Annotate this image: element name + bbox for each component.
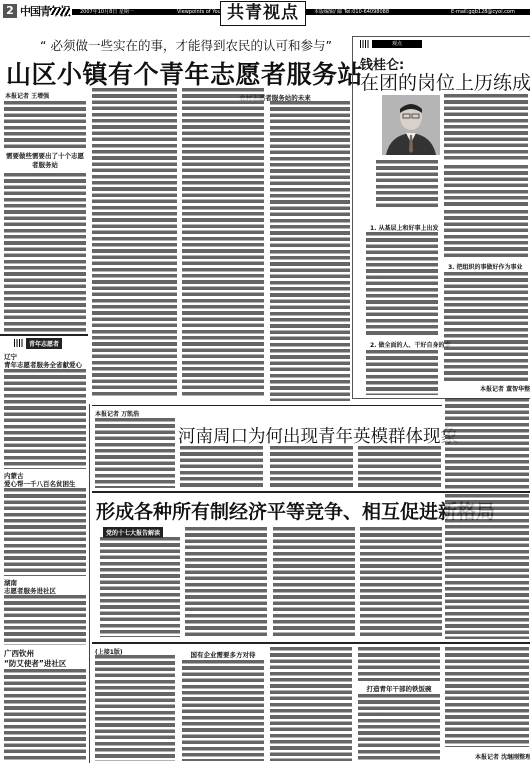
news-title-1: 青年志愿者服务全省献爱心 [4,360,82,369]
bottom-byline: 本报记者 沈继刚整理 [475,752,530,761]
henan-body-col1 [95,418,175,488]
masthead: 2 中国青年报 2007年10月8日 星期一 Viewpoints of You… [0,0,530,24]
profile-photo-caption [376,160,438,208]
page-number: 2 [3,4,17,18]
bottom-body-col5 [445,647,529,747]
profile-section-1: 1. 从基层上和好事上出发 [370,223,439,232]
sidebar-badge: 青年志愿者 [14,338,74,348]
bottom-right-subhead: 打造青年干部的铁饭碗 [358,684,440,693]
masthead-bar-right: 本版编辑/ 邮 Tel:010-64098088 E-mail:gqb128@c… [306,9,530,15]
henan-headline: 河南周口为何出现青年英模群体现象 [178,423,448,448]
divider [92,642,530,644]
news-title-4: “防艾使者”进社区 [4,658,66,669]
lead-byline: 本报记者 王增强 [5,91,49,100]
profile-body-col2c [444,272,528,382]
profile-headline: 在团的岗位上历练成才 [360,68,530,95]
economy-body-col3 [273,527,355,637]
news-body-3 [4,595,86,645]
bottom-body-col3 [270,647,352,761]
bottom-body-col4a [358,647,440,681]
bottom-subhead: 国有企业需要多方对待 [182,650,264,659]
editor-contact: 本版编辑/ 邮 Tel:010-64098088 [314,8,389,16]
news-body-1 [4,369,86,469]
news-body-2 [4,488,86,576]
lead-kicker-quote: “ 必须做一些实在的事，才能得到农民的认可和参与” [40,36,330,54]
issue-date: 2007年10月8日 星期一 [80,8,134,16]
news-title-2: 爱心帮一千八百名贫困生 [4,479,76,488]
economy-body-col1 [100,537,180,637]
divider [0,334,88,336]
lead-headline: 山区小镇有个青年志愿者服务站 [6,55,351,91]
lead-subhead-1: 需要做些需要出了十个志愿者服务站 [4,152,86,170]
lead-body-col3 [182,88,264,398]
lead-body-col2 [92,88,177,398]
profile-body-col2b [444,210,528,258]
barcode-icon [360,40,370,48]
henan-byline: 本报记者 万凯浩 [95,409,139,418]
lead-body-col4 [270,101,350,401]
email-address: E-mail:gqb128@cyol.com [451,8,515,16]
sidebar-badge-label: 青年志愿者 [26,338,62,349]
profile-photo [382,95,440,155]
tagline: Viewpoints of Youth [177,8,226,16]
profile-section-3: 3. 把组织的事做好作为事业 [448,262,523,271]
profile-byline: 本报记者 董智华整理 [480,384,530,393]
divider [92,491,530,493]
bottom-body-col4b [358,694,440,761]
section-title: 共青视点 [220,1,306,26]
bottom-body-col1 [95,655,175,761]
column-divider [89,404,90,763]
henan-body-col5 [445,398,529,490]
henan-body-col4 [358,446,441,488]
profile-body-col1b [366,350,438,395]
lead-body-col1a [4,101,86,149]
economy-headline: 形成各种所有制经济平等竞争、相互促进新格局 [96,497,495,524]
profile-body-col2a [444,165,528,207]
economy-body-col5 [445,494,529,639]
economy-body-col4 [360,527,442,637]
divider [92,405,442,406]
decorative-hatch [50,8,70,15]
henan-body-col3 [270,446,353,488]
profile-intro-text [444,94,528,162]
portrait-image [382,95,440,155]
henan-body-col2 [180,446,263,488]
news-title-3: 志愿者服务进社区 [4,586,56,595]
profile-body-col1a [366,232,438,336]
news-body-4 [4,669,86,761]
barcode-icon [14,339,24,347]
profile-tag: 观点 [372,40,422,48]
economy-body-col2 [185,527,267,637]
profile-section-2: 2. 做全面的人、干好自身的事 [370,340,451,349]
bottom-body-col2 [182,660,264,761]
lead-body-col1b [4,173,86,333]
